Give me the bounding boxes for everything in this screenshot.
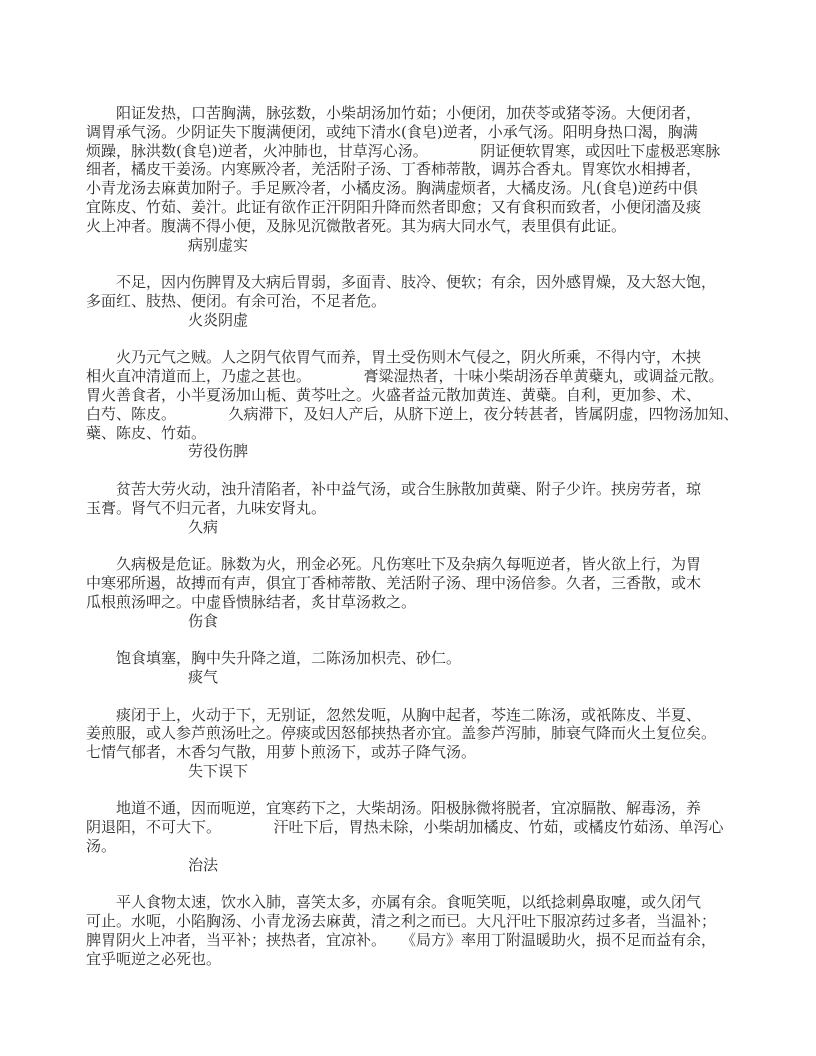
text-line: 贫苦大劳火动，浊升清陷者，补中益气汤，或合生脉散加黄蘗、附子少许。挟房劳者，琼 xyxy=(86,480,746,499)
text-line: 多面红、肢热、便闭。有余可治，不足者危。 xyxy=(86,292,746,311)
section-heading: 痰气 xyxy=(86,668,746,687)
text-line: 烦躁，脉洪数(食皂)逆者，火冲肺也，甘草泻心汤。 阴证便软胃寒，或因吐下虚极恶寒… xyxy=(86,142,746,161)
text-line: 火上冲者。腹满不得小便，及脉见沉微散者死。其为病大同水气，表里俱有此证。 xyxy=(86,217,746,236)
text-line: 饱食填塞，胸中失升降之道，二陈汤加枳壳、砂仁。 xyxy=(86,649,746,668)
section-heading: 久病 xyxy=(86,518,746,537)
text-line: 平人食物太速，饮水入肺，喜笑太多，亦属有余。食呃笑呃，以纸捻刺鼻取嚏，或久闭气 xyxy=(86,893,746,912)
section-heading: 火炎阴虚 xyxy=(86,311,746,330)
document-body: 阳证发热，口苦胸满，脉弦数，小柴胡汤加竹茹；小便闭，加茯苓或猪苓汤。大便闭者，调… xyxy=(86,104,746,969)
text-line: 七情气郁者，木香匀气散，用萝卜煎汤下，或苏子降气汤。 xyxy=(86,743,746,762)
text-line: 地道不通，因而呃逆，宜寒药下之，大柴胡汤。阳极脉微将脱者，宜凉膈散、解毒汤，养 xyxy=(86,799,746,818)
text-line: 小青龙汤去麻黄加附子。手足厥冷者，小橘皮汤。胸满虚烦者，大橘皮汤。凡(食皂)逆药… xyxy=(86,179,746,198)
section-heading: 病别虚实 xyxy=(86,236,746,255)
text-line: 不足，因内伤脾胃及大病后胃弱，多面青、肢冷、便软；有余，因外感胃燥，及大怒大饱， xyxy=(86,273,746,292)
text-line: 久病极是危证。脉数为火，刑金必死。凡伤寒吐下及杂病久每呃逆者，皆火欲上行，为胃 xyxy=(86,555,746,574)
text-line: 宜陈皮、竹茹、姜汁。此证有欲作正汗阴阳升降而然者即愈；又有食积而致者，小便闭濇及… xyxy=(86,198,746,217)
text-line: 汤。 xyxy=(86,837,746,856)
text-line: 瓜根煎汤呷之。中虚昏愦脉结者，炙甘草汤救之。 xyxy=(86,593,746,612)
text-line: 可止。水呃，小陷胸汤、小青龙汤去麻黄，清之利之而已。大凡汗吐下服凉药过多者，当温… xyxy=(86,912,746,931)
text-line: 火乃元气之贼。人之阴气依胃气而养，胃土受伤则木气侵之，阴火所乘，不得内守，木挟 xyxy=(86,348,746,367)
document-page: 阳证发热，口苦胸满，脉弦数，小柴胡汤加竹茹；小便闭，加茯苓或猪苓汤。大便闭者，调… xyxy=(0,0,816,1056)
section-heading: 伤食 xyxy=(86,612,746,631)
text-line: 蘗、陈皮、竹茹。 xyxy=(86,424,746,443)
text-line: 痰闭于上，火动于下，无别证，忽然发呃，从胸中起者，芩连二陈汤，或祇陈皮、半夏、 xyxy=(86,706,746,725)
text-line: 阳证发热，口苦胸满，脉弦数，小柴胡汤加竹茹；小便闭，加茯苓或猪苓汤。大便闭者， xyxy=(86,104,746,123)
text-line: 脾胃阴火上冲者，当平补；挟热者，宜凉补。 《局方》率用丁附温暖助火，损不足而益有… xyxy=(86,931,746,950)
text-line: 姜煎服，或人参芦煎汤吐之。停痰或因怒郁挟热者亦宜。盖参芦泻肺，肺衰气降而火土复位… xyxy=(86,724,746,743)
text-line: 中寒邪所遏，故搏而有声，俱宜丁香柿蒂散、羌活附子汤、理中汤倍参。久者，三香散，或… xyxy=(86,574,746,593)
section-heading: 治法 xyxy=(86,856,746,875)
text-line: 阴退阳，不可大下。 汗吐下后，胃热未除，小柴胡加橘皮、竹茹，或橘皮竹茹汤、单泻心 xyxy=(86,818,746,837)
text-line: 胃火善食者，小半夏汤加山栀、黄芩吐之。火盛者益元散加黄连、黄蘗。自利，更加参、术… xyxy=(86,386,746,405)
text-line: 玉膏。肾气不归元者，九味安肾丸。 xyxy=(86,499,746,518)
text-line: 宜乎呃逆之必死也。 xyxy=(86,950,746,969)
section-heading: 劳役伤脾 xyxy=(86,442,746,461)
section-heading: 失下误下 xyxy=(86,762,746,781)
text-line: 白芍、陈皮。 久病滞下，及妇人产后，从脐下逆上，夜分转甚者，皆属阴虚，四物汤加知… xyxy=(86,405,746,424)
text-line: 细者，橘皮干姜汤。内寒厥冷者，羌活附子汤、丁香柿蒂散，调苏合香丸。胃寒饮水相搏者… xyxy=(86,160,746,179)
text-line: 调胃承气汤。少阴证失下腹满便闭，或纯下清水(食皂)逆者，小承气汤。阳明身热口渴，… xyxy=(86,123,746,142)
text-line: 相火直冲清道而上，乃虚之甚也。 膏粱湿热者，十味小柴胡汤吞单黄蘗丸，或调益元散。 xyxy=(86,367,746,386)
